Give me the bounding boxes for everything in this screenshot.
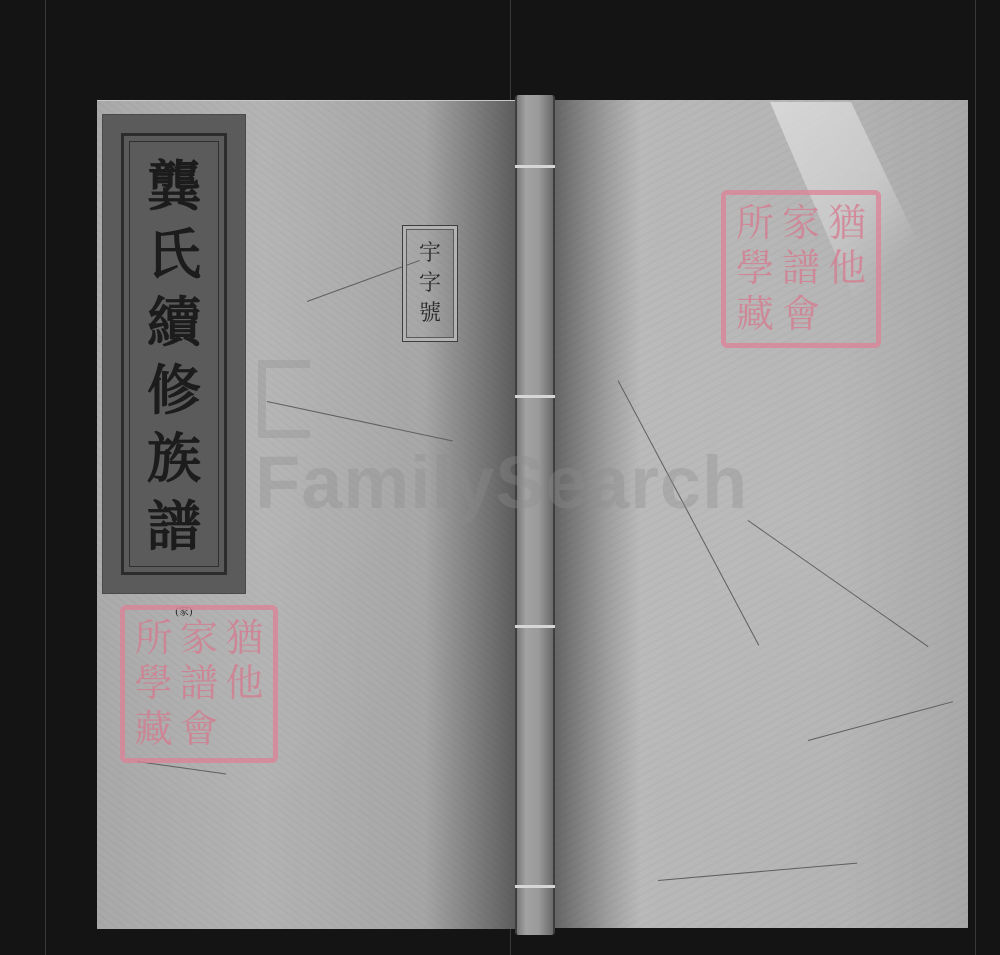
scan-edge-line	[975, 0, 976, 955]
seal-char: 會	[176, 707, 221, 752]
seal-char: 猶	[824, 201, 870, 246]
seal-char	[824, 292, 870, 337]
binding-thread	[515, 885, 555, 888]
binding-thread	[515, 165, 555, 168]
title-char: 族	[147, 428, 201, 488]
library-seal-bottom: 猶 家 所 他 譜 學 會 藏	[120, 605, 278, 763]
seal-char	[222, 707, 267, 752]
seal-char: 所	[732, 201, 778, 246]
title-slip: 龔 氏 續 修 族 譜	[103, 115, 245, 593]
volume-label: 宇 字 號	[402, 225, 458, 342]
seal-char: 譜	[778, 246, 824, 291]
seal-char: 家	[778, 201, 824, 246]
binding-thread	[515, 625, 555, 628]
title-char: 譜	[147, 496, 201, 556]
volume-label-char: 號	[419, 299, 441, 329]
paper-crack	[748, 520, 929, 647]
watermark-text: FamilySearch	[255, 440, 748, 525]
volume-label-char: 字	[419, 269, 441, 299]
library-seal-top: 猶 家 所 他 譜 學 會 藏	[721, 190, 881, 348]
paper-crack	[808, 701, 953, 741]
seal-char: 藏	[131, 707, 176, 752]
seal-char: 藏	[732, 292, 778, 337]
seal-char: 他	[222, 661, 267, 706]
seal-char: 學	[131, 661, 176, 706]
seal-char: 學	[732, 246, 778, 291]
seal-char: 猶	[222, 616, 267, 661]
paper-crack	[658, 863, 857, 881]
seal-char: 他	[824, 246, 870, 291]
title-char: 續	[147, 292, 201, 352]
binding-thread	[515, 395, 555, 398]
paper-crack	[137, 761, 226, 775]
title-char: 修	[147, 360, 201, 420]
title-char: 龔	[147, 156, 201, 216]
title-char: 氏	[147, 224, 201, 284]
title-frame: 龔 氏 續 修 族 譜	[121, 133, 227, 575]
seal-char: 家	[176, 616, 221, 661]
seal-char: 所	[131, 616, 176, 661]
seal-char: 譜	[176, 661, 221, 706]
familysearch-logo-watermark	[258, 360, 310, 438]
scan-edge-line	[45, 0, 46, 955]
title-text-column: 龔 氏 續 修 族 譜	[129, 141, 219, 567]
seal-char: 會	[778, 292, 824, 337]
volume-label-char: 宇	[419, 239, 441, 269]
